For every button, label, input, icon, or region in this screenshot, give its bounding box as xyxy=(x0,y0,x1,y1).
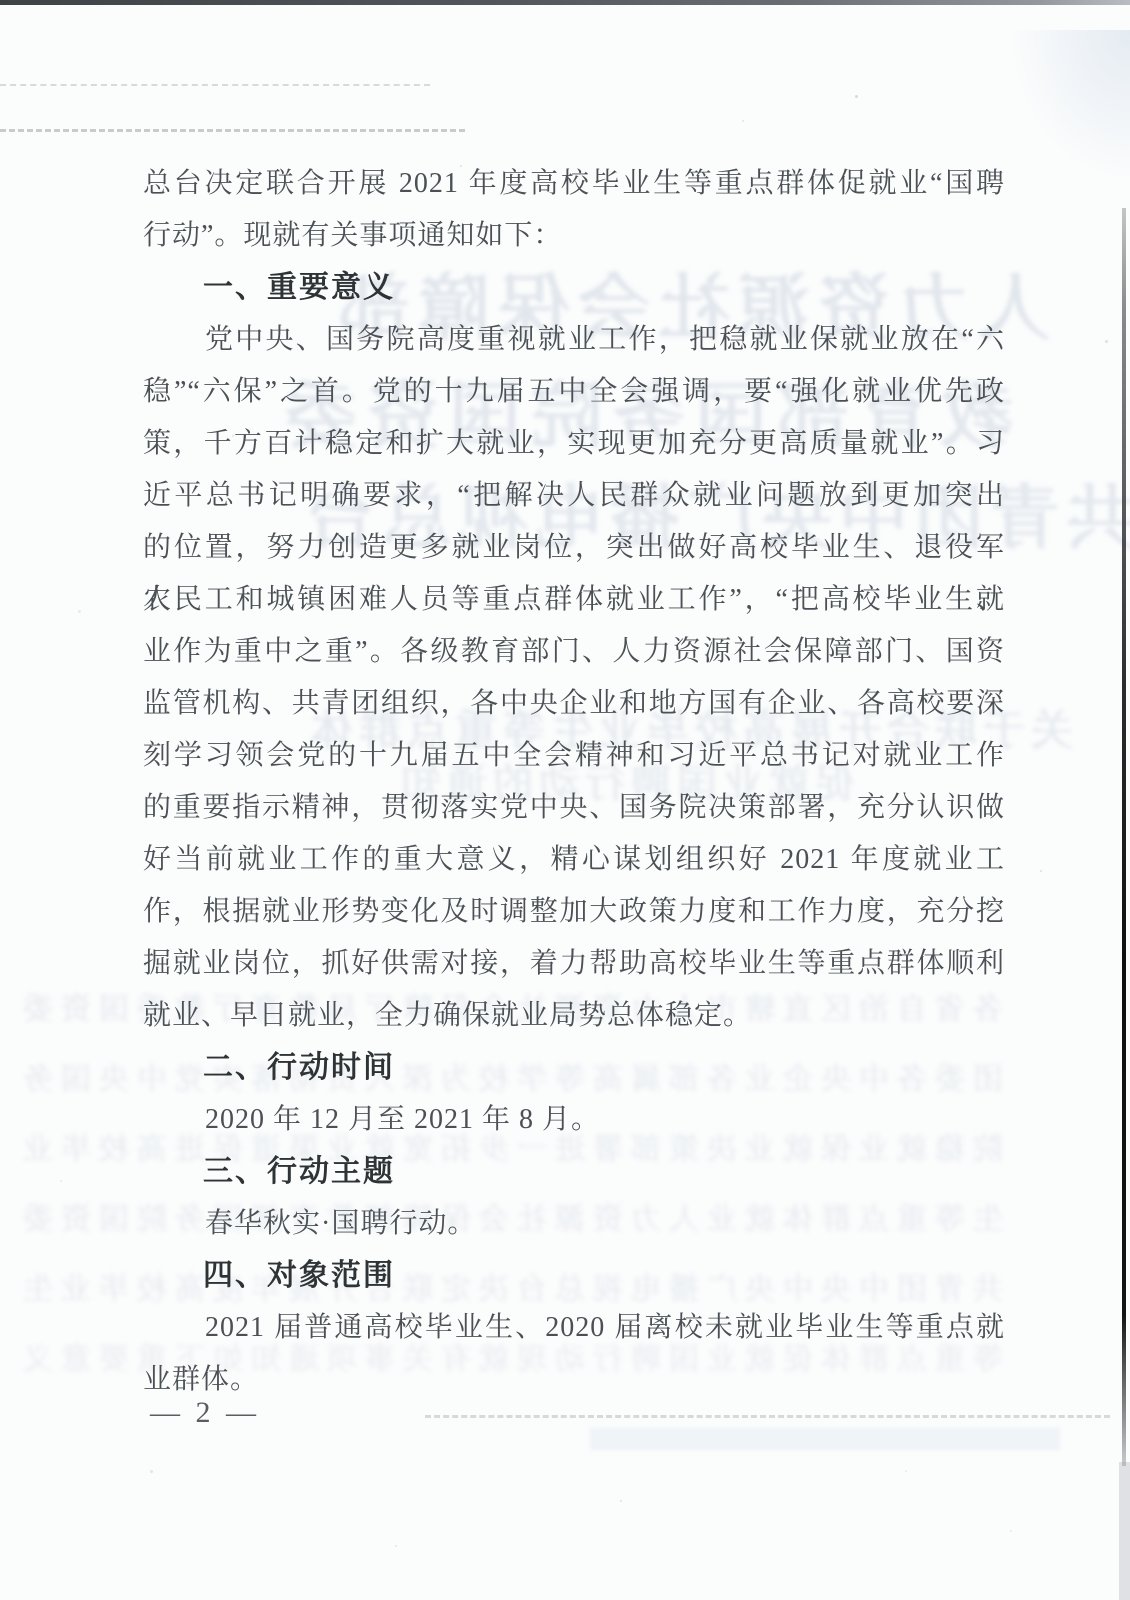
scan-artifact-line xyxy=(425,1415,1110,1418)
section-heading: 二、行动时间 xyxy=(143,1042,1005,1094)
scan-noise-speck xyxy=(395,1545,397,1547)
scan-artifact-band xyxy=(590,1428,1060,1450)
scan-artifact-line xyxy=(0,129,465,132)
section-heading: 三、行动主题 xyxy=(143,1146,1005,1198)
scan-noise-speck xyxy=(1040,870,1042,872)
text-line: 业群体。 xyxy=(143,1354,1005,1406)
text-line: 党中央、国务院高度重视就业工作，把稳就业保就业放在“六 xyxy=(143,314,1005,366)
text-line: 掘就业岗位，抓好供需对接，着力帮助高校毕业生等重点群体顺利 xyxy=(143,938,1005,990)
text-line: 监管机构、共青团组织，各中央企业和地方国有企业、各高校要深 xyxy=(143,678,1005,730)
scan-noise-speck xyxy=(78,610,81,613)
scan-noise-speck xyxy=(60,1180,62,1182)
text-line: 行动”。现就有关事项通知如下： xyxy=(143,210,1005,262)
text-line: 作，根据就业形势变化及时调整加大政策力度和工作力度，充分挖 xyxy=(143,886,1005,938)
text-line: 总台决定联合开展 2021 年度高校毕业生等重点群体促就业“国聘 xyxy=(143,158,1005,210)
text-line: 业作为重中之重”。各级教育部门、人力资源社会保障部门、国资 xyxy=(143,626,1005,678)
text-line: 好当前就业工作的重大意义，精心谋划组织好 2021 年度就业工 xyxy=(143,834,1005,886)
text-line: 就业、早日就业，全力确保就业局势总体稳定。 xyxy=(143,990,1005,1042)
text-line: 近平总书记明确要求，“把解决人民群众就业问题放到更加突出 xyxy=(143,470,1005,522)
text-line: 2021 届普通高校毕业生、2020 届离校未就业毕业生等重点就 xyxy=(143,1302,1005,1354)
scan-right-edge xyxy=(1122,208,1126,1466)
text-line: 春华秋实·国聘行动。 xyxy=(143,1198,1005,1250)
scanned-document-page: 人力资源社会保障部教育部国务院国资委共青团中央广播电视总台关于联合开展高校毕业生… xyxy=(0,0,1130,1600)
text-line: 农民工和城镇困难人员等重点群体就业工作”，“把高校毕业生就 xyxy=(143,574,1005,626)
text-line: 的位置，努力创造更多就业岗位，突出做好高校毕业生、退役军人、 xyxy=(143,522,1005,574)
text-line: 的重要指示精神，贯彻落实党中央、国务院决策部署，充分认识做 xyxy=(143,782,1005,834)
scan-noise-speck xyxy=(620,1500,622,1502)
scan-noise-speck xyxy=(905,1470,907,1472)
scan-noise-speck xyxy=(855,95,858,98)
scan-corner-shadow xyxy=(1010,30,1130,180)
section-heading: 四、对象范围 xyxy=(143,1250,1005,1302)
scan-noise-speck xyxy=(1105,340,1108,343)
text-line: 2020 年 12 月至 2021 年 8 月。 xyxy=(143,1094,1005,1146)
scan-artifact-line xyxy=(0,84,430,86)
scan-noise-speck xyxy=(742,120,744,122)
scan-noise-speck xyxy=(150,1470,153,1473)
text-line: 稳”“六保”之首。党的十九届五中全会强调，要“强化就业优先政 xyxy=(143,366,1005,418)
page-number: — 2 — xyxy=(150,1396,260,1430)
scan-top-edge xyxy=(0,0,1130,5)
section-heading: 一、重要意义 xyxy=(143,262,1005,314)
scan-noise-speck xyxy=(1010,1530,1012,1532)
document-body: 总台决定联合开展 2021 年度高校毕业生等重点群体促就业“国聘行动”。现就有关… xyxy=(143,158,1005,1406)
scan-right-edge-light xyxy=(1119,1462,1130,1600)
text-line: 策，千方百计稳定和扩大就业，实现更加充分更高质量就业”。习 xyxy=(143,418,1005,470)
text-line: 刻学习领会党的十九届五中全会精神和习近平总书记对就业工作 xyxy=(143,730,1005,782)
